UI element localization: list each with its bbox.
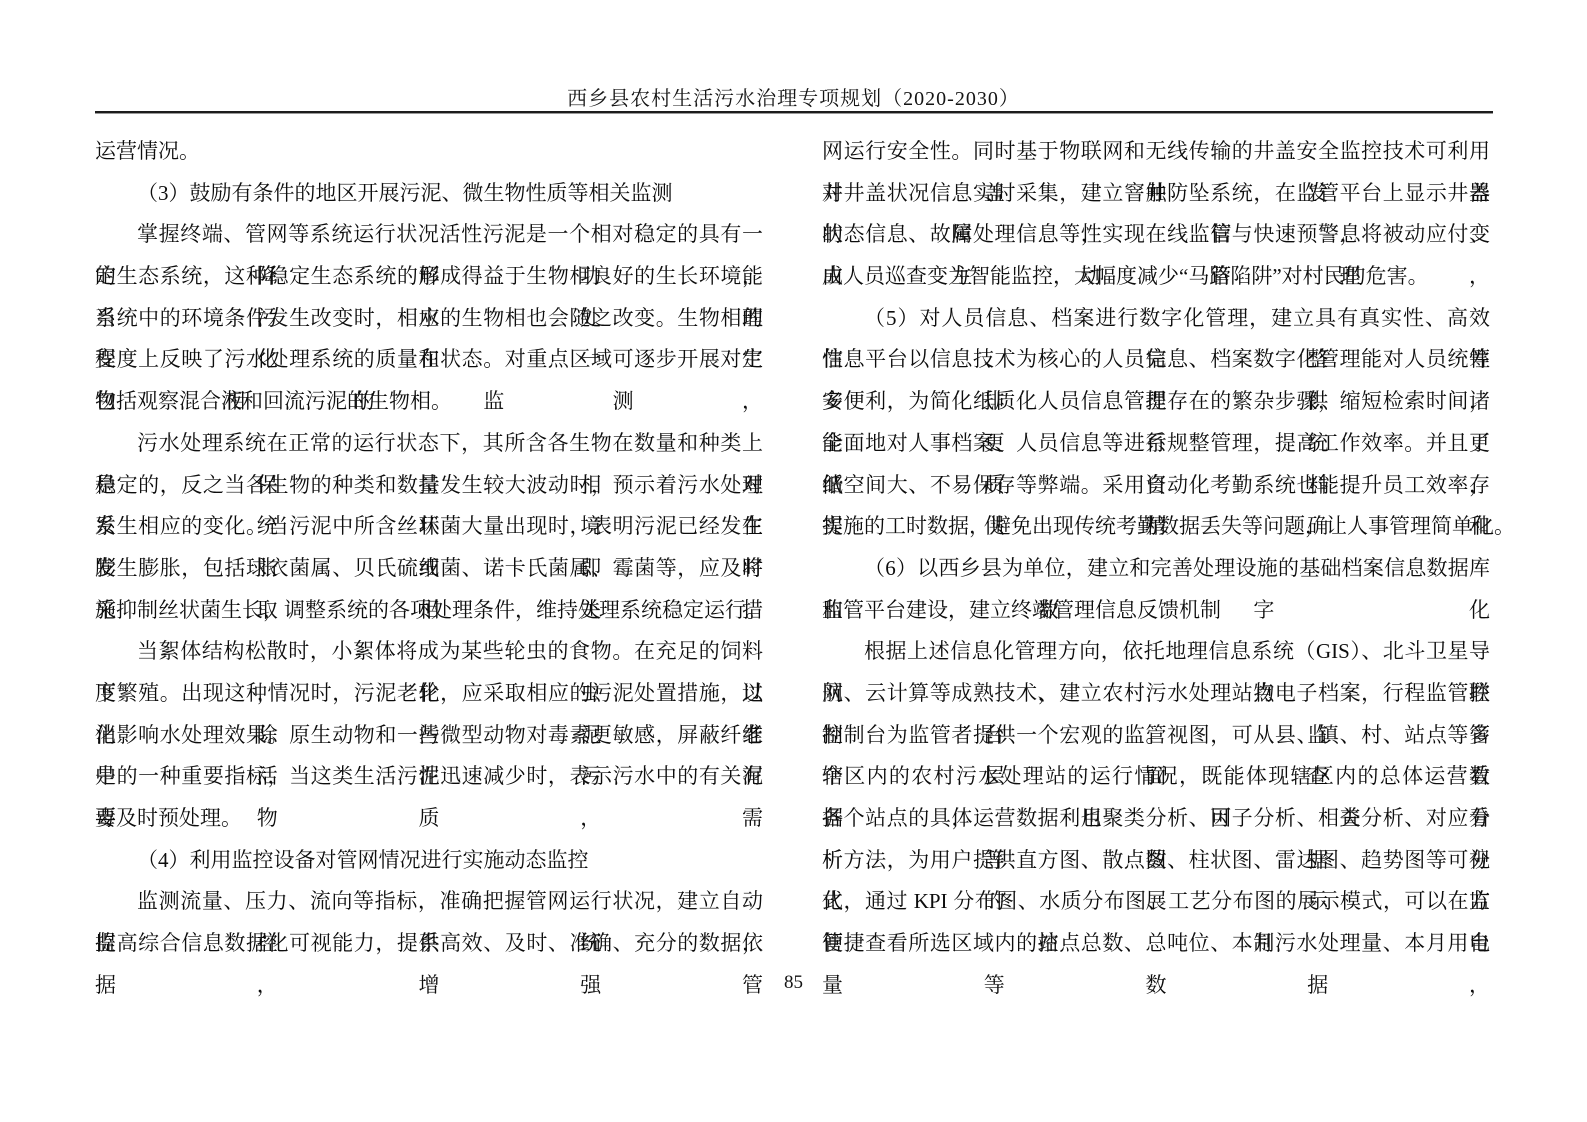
text-line: 对井盖状况信息实时采集，建立窨井防坠系统，在监管平台上显示井盖的属性信息、 [822, 173, 1490, 215]
text-line: 施抑制丝状菌生长，调整系统的各项处理条件，维持处理系统稳定运行。 [95, 590, 763, 632]
text-line: 发生膨胀，包括球衣菌属、贝氏硫细菌、诺卡氏菌属、霉菌等，应及时采取相关措 [95, 548, 763, 590]
text-line: 的生态系统，这种稳定生态系统的形成得益于生物相良好的生长环境，当污水处理 [95, 256, 763, 298]
text-line: 提高综合信息数据化可视能力，提供高效、及时、准确、充分的数据依据，增强管 [95, 923, 763, 965]
text-line: 各个站点的具体运营数据利用聚类分析、因子分析、相关分析、对应分析等数据分 [822, 798, 1490, 840]
text-line: 系统中的环境条件发生改变时，相应的生物相也会随之改变。生物相的变化在一定 [95, 298, 763, 340]
header-rule [95, 111, 1493, 114]
text-line: 便捷查看所选区域内的站点总数、总吨位、本月污水处理量、本月用电量等数据， [822, 923, 1490, 965]
right-column: 网运行安全性。同时基于物联网和无线传输的井盖安全监控技术可利用井盖触发器对井盖状… [822, 131, 1490, 965]
text-line: 由人员巡查变为智能监控，大幅度减少“马路陷阱”对村民的危害。 [822, 256, 1490, 298]
page-number: 85 [0, 972, 1587, 994]
text-line: 掌握终端、管网等系统运行状况活性污泥是一个相对稳定的具有一定降解功能 [95, 214, 763, 256]
text-line: 运营情况。 [95, 131, 763, 173]
text-line: 发生相应的变化。当污泥中所含丝状菌大量出现时，表明污泥已经发生膨胀或即将 [95, 506, 763, 548]
text-line: 度繁殖。出现这种情况时，污泥老化，应采取相应的污泥处置措施，以消除污泥老 [95, 673, 763, 715]
text-line: 实施的工时数据，避免出现传统考勤数据丢失等问题，让人事管理简单化。 [822, 506, 1490, 548]
text-line: 多便利，为简化纸质化人员信息管理存在的繁杂步骤，缩短检索时间，能更系统更 [822, 381, 1490, 423]
text-line: 信息平台以信息技术为核心的人员信息、档案数字化管理能对人员统筹安排提供诸 [822, 339, 1490, 381]
text-line: 污水处理系统在正常的运行状态下，其所含各生物在数量和种类上是保持相对 [95, 423, 763, 465]
text-line: 全面地对人事档案、人员信息等进行规整管理，提高工作效率。并且了纸质资料存 [822, 423, 1490, 465]
document-page: 西乡县农村生活污水治理专项规划（2020-2030） 运营情况。（3）鼓励有条件… [0, 0, 1587, 1122]
left-column: 运营情况。（3）鼓励有条件的地区开展污泥、微生物性质等相关监测掌握终端、管网等系… [95, 131, 763, 965]
text-line: （4）利用监控设备对管网情况进行实施动态监控 [95, 840, 763, 882]
text-line: 根据上述信息化管理方向，依托地理信息系统（GIS）、北斗卫星导航、物联 [822, 631, 1490, 673]
text-line: 控制台为监管者提供一个宏观的监管视图，可从县、镇、村、站点等多个层面查看 [822, 715, 1490, 757]
text-line: （6）以西乡县为单位，建立和完善处理设施的基础档案信息数据库和数字化 [822, 548, 1490, 590]
text-line: 当絮体结构松散时，小絮体将成为某些轮虫的食物。在充足的饲料下，轮虫过 [95, 631, 763, 673]
text-line: 稳定的，反之当各生物的种类和数量发生较大波动时，预示着污水处理系统环境在 [95, 465, 763, 507]
text-line: 化影响水处理效果。原生动物和一些微型动物对毒素更敏感，屏蔽纤维是活性污泥 [95, 715, 763, 757]
text-line: 监测流量、压力、流向等指标，准确把握管网运行状况，建立自动监控系统， [95, 881, 763, 923]
text-line: 程度上反映了污水处理系统的质量和状态。对重点区域可逐步开展对生物相的监测， [95, 339, 763, 381]
running-header: 西乡县农村生活污水治理专项规划（2020-2030） [0, 82, 1587, 111]
text-line: （5）对人员信息、档案进行数字化管理，建立具有真实性、高效性、完整性 [822, 298, 1490, 340]
text-line: 状态信息、故障处理信息等，实现在线监管与快速预警，将被动应付变成主动管理， [822, 214, 1490, 256]
text-line: 式，通过 KPI 分布图、水质分布图、工艺分布图的展示模式，可以在监管控制台 [822, 881, 1490, 923]
text-line: 辖区内的农村污水处理站的运行情况，既能体现辖区内的总体运营数据，也可查看 [822, 756, 1490, 798]
text-line: 网运行安全性。同时基于物联网和无线传输的井盖安全监控技术可利用井盖触发器 [822, 131, 1490, 173]
text-line: 中的一种重要指标，当这类生活污泥迅速减少时，表示污水中的有关有毒物质，需 [95, 756, 763, 798]
text-line: 网、云计算等成熟技术，建立农村污水处理站点电子档案，行程监管控制台。监管 [822, 673, 1490, 715]
text-line: （3）鼓励有条件的地区开展污泥、微生物性质等相关监测 [95, 173, 763, 215]
text-line: 析方法，为用户提供直方图、散点图、柱状图、雷达图、趋势图等可视化的展示方 [822, 840, 1490, 882]
text-line: 储空间大、不易保存等弊端。采用自动化考勤系统也能提升员工效率，提供精确和 [822, 465, 1490, 507]
